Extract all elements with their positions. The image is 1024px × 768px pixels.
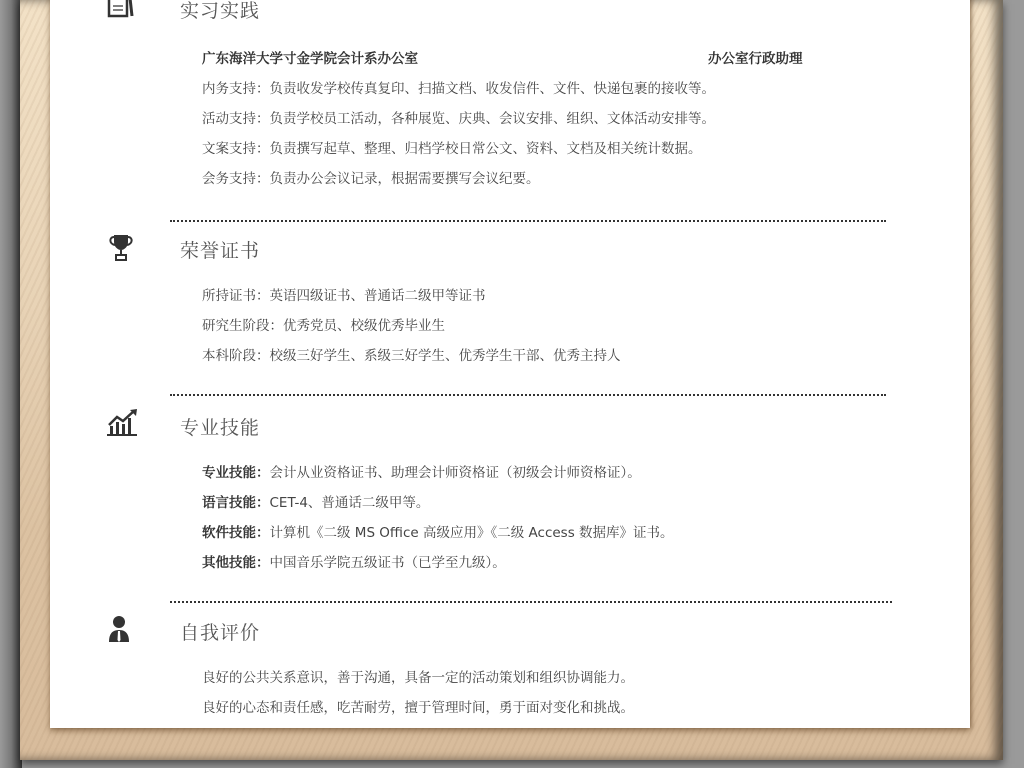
skill-label: 其他技能： [202,555,270,571]
self-evaluation-line: 良好的公共关系意识，善于沟通，具备一定的活动策划和组织协调能力。 [202,666,634,686]
organization-name: 广东海洋大学寸金学院会计系办公室 [202,47,418,67]
honors-line: 研究生阶段：优秀党员、校级优秀毕业生 [202,314,445,334]
trophy-icon [106,232,138,260]
section-title-internship: 实习实践 [180,0,260,23]
internship-line: 活动支持：负责学校员工活动，各种展览、庆典、会议安排、组织、文体活动安排等。 [202,107,715,127]
internship-line: 内务支持：负责收发学校传真复印、扫描文档、收发信件、文件、快递包裹的接收等。 [202,77,715,97]
document-pen-icon [106,0,138,22]
section-divider [170,394,886,396]
skill-value: 计算机《二级 MS Office 高级应用》《二级 Access 数据库》证书。 [270,525,674,541]
skill-label: 语言技能： [202,495,270,511]
person-icon [106,614,138,642]
skill-value: 中国音乐学院五级证书（已学至九级）。 [270,555,506,571]
skill-item: 其他技能：中国音乐学院五级证书（已学至九级）。 [202,551,506,571]
internship-line: 会务支持：负责办公会议记录，根据需要撰写会议纪要。 [202,167,540,187]
skill-item: 软件技能：计算机《二级 MS Office 高级应用》《二级 Access 数据… [202,521,674,541]
section-title-honors: 荣誉证书 [180,236,260,263]
skill-label: 软件技能： [202,525,270,541]
position-title: 办公室行政助理 [708,47,803,67]
skill-label: 专业技能： [202,465,270,481]
skill-value: 会计从业资格证书、助理会计师资格证（初级会计师资格证）。 [270,465,641,481]
resume-paper: 实习实践 广东海洋大学寸金学院会计系办公室 办公室行政助理 内务支持：负责收发学… [50,0,970,728]
honors-line: 所持证书：英语四级证书、普通话二级甲等证书 [202,284,486,304]
left-edge-shadow [0,0,22,768]
section-title-self-evaluation: 自我评价 [180,618,260,645]
skill-item: 语言技能：CET-4、普通话二级甲等。 [202,491,429,511]
skill-item: 专业技能：会计从业资格证书、助理会计师资格证（初级会计师资格证）。 [202,461,641,481]
skill-value: CET-4、普通话二级甲等。 [270,495,430,511]
honors-line: 本科阶段：校级三好学生、系级三好学生、优秀学生干部、优秀主持人 [202,344,621,364]
growth-chart-icon [106,408,138,436]
internship-line: 文案支持：负责撰写起草、整理、归档学校日常公文、资料、文档及相关统计数据。 [202,137,702,157]
section-divider [170,601,892,603]
section-divider [170,220,886,222]
section-title-skills: 专业技能 [180,413,260,440]
self-evaluation-line: 良好的心态和责任感，吃苦耐劳，擅于管理时间，勇于面对变化和挑战。 [202,696,634,716]
